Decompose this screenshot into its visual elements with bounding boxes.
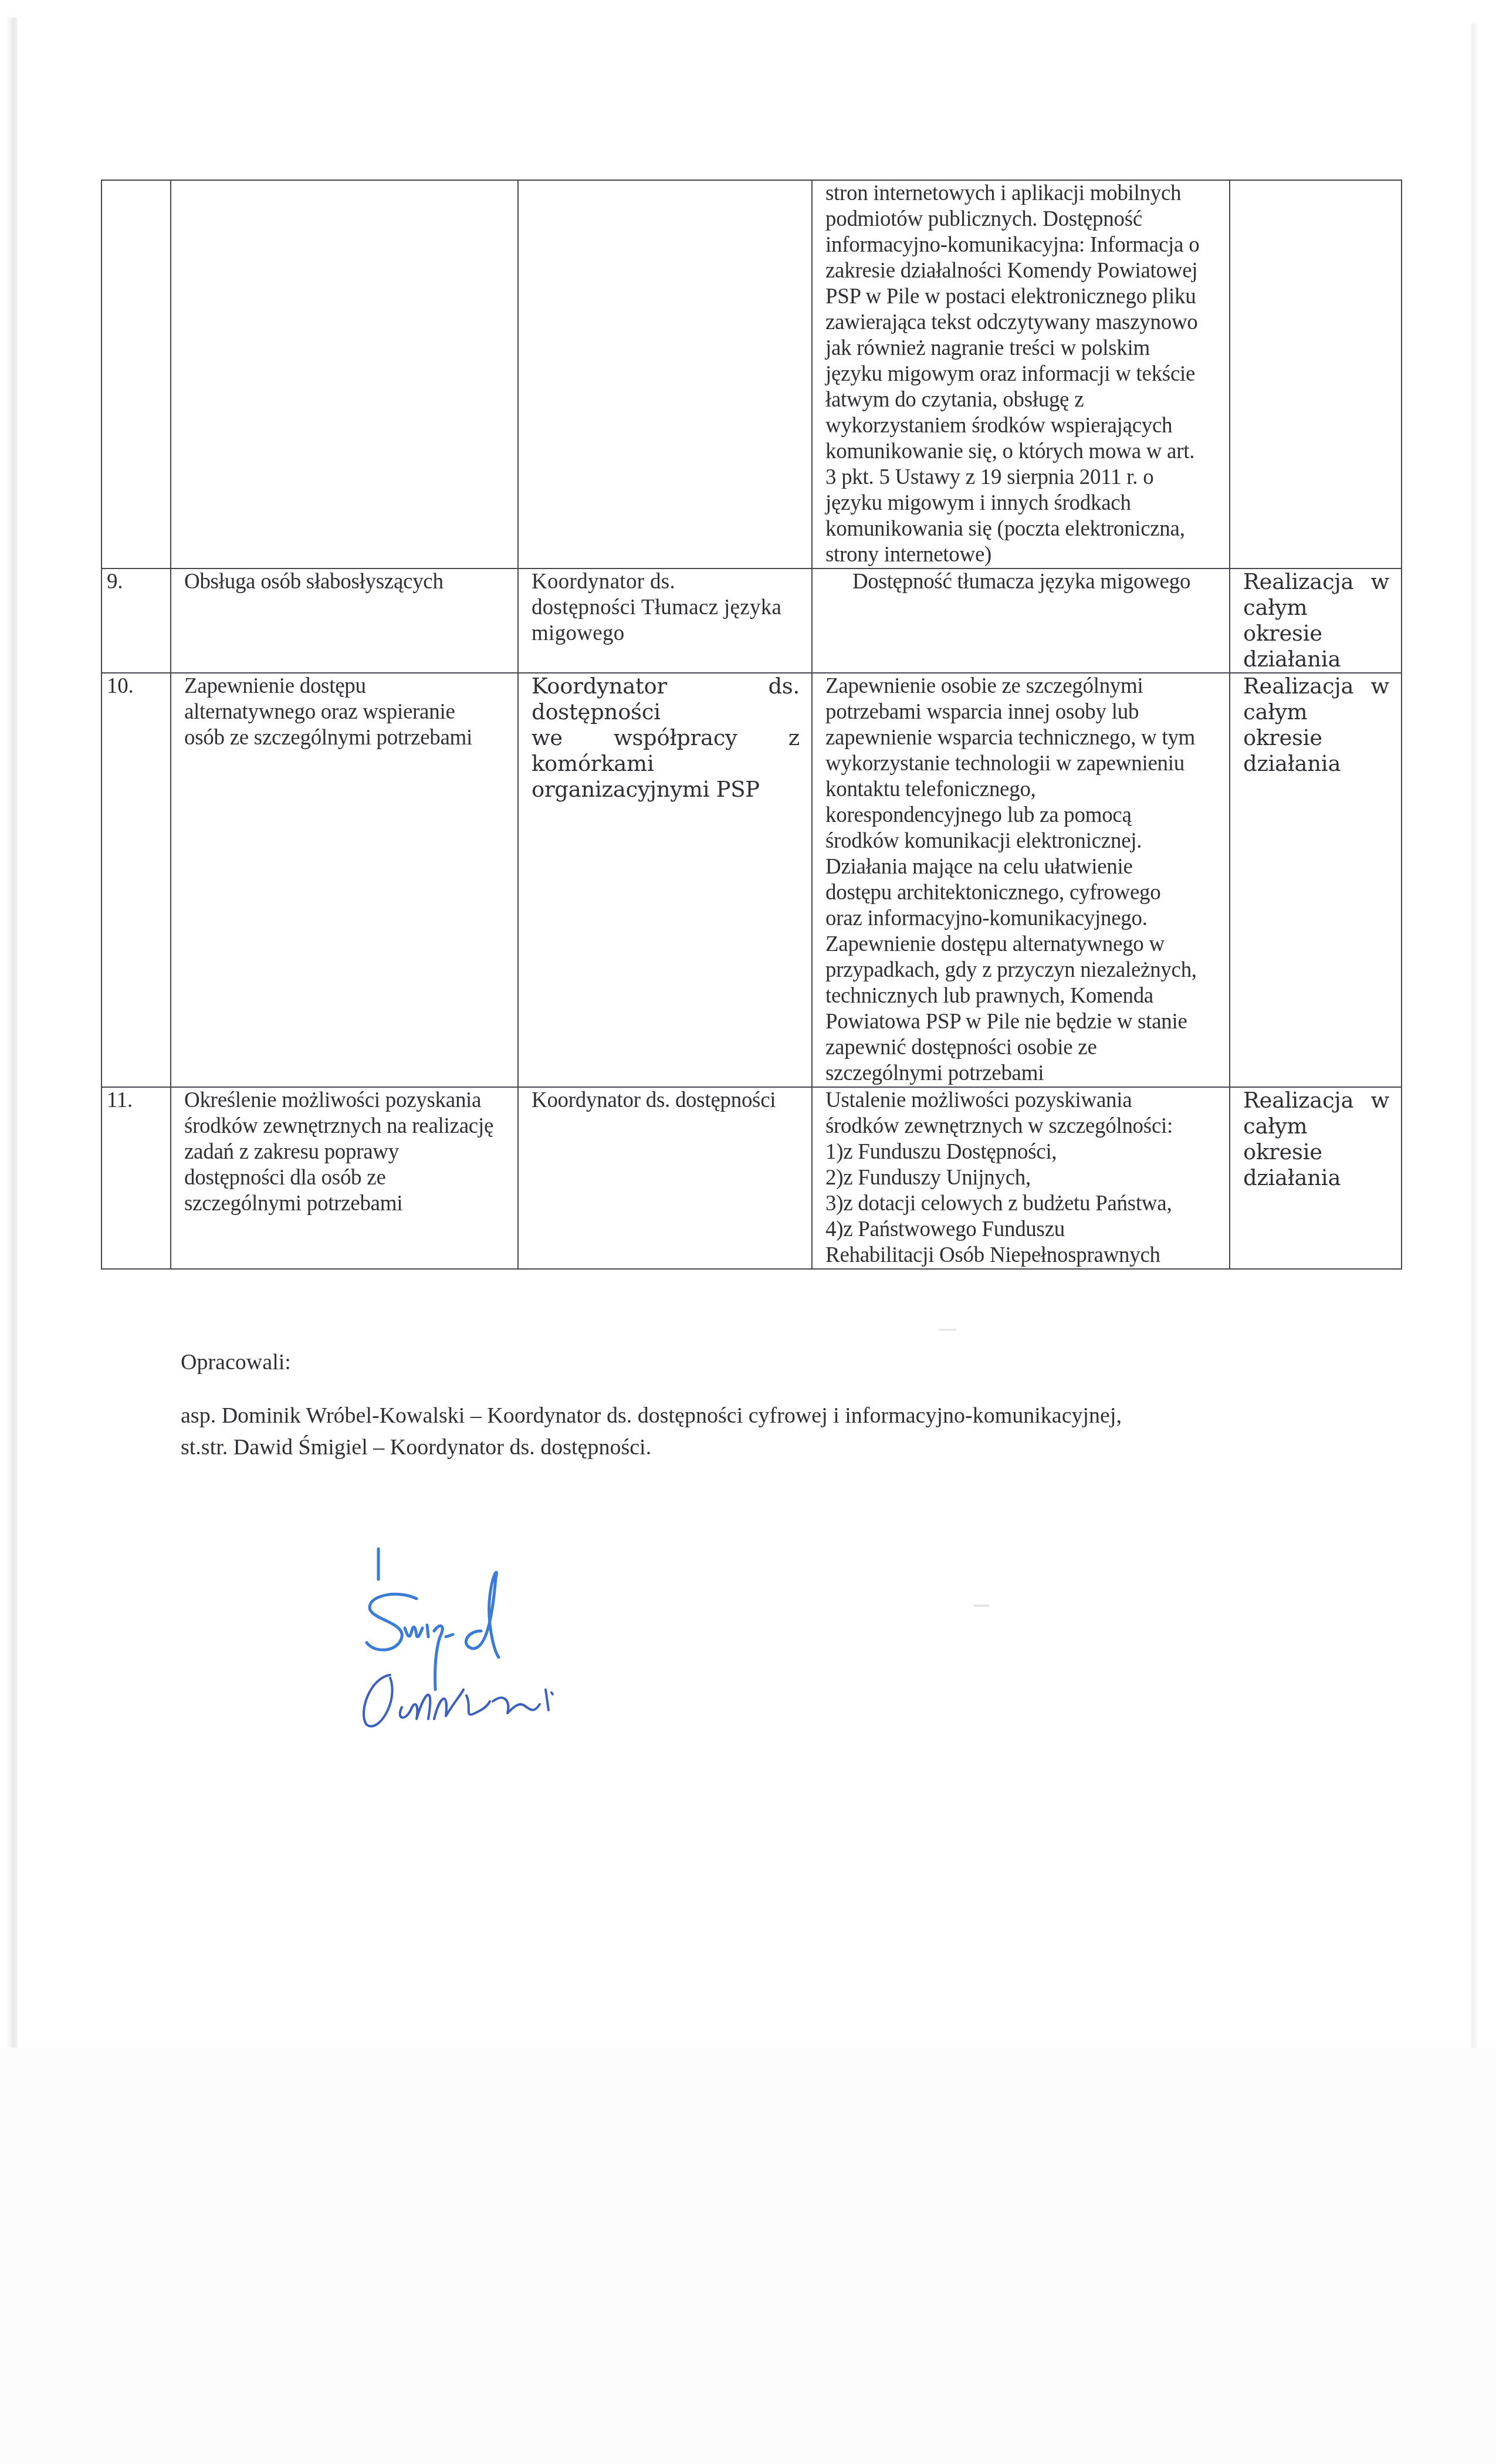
term-line: działania: [1243, 751, 1389, 777]
cell-number-text: 10.: [107, 674, 133, 698]
cell-description: Zapewnienie osobie ze szczególnymi potrz…: [812, 673, 1230, 1087]
cell-responsible: Koordynator ds. dostępności: [518, 1087, 812, 1269]
cell-description-text: Ustalenie możliwości pozyskiwania środkó…: [825, 1088, 1173, 1267]
handwritten-signature: [346, 1543, 593, 1742]
cell-task-text: Określenie możliwości pozyskania środków…: [184, 1088, 493, 1216]
table-row: stron internetowych i aplikacji mobilnyc…: [101, 180, 1402, 568]
cell-task: [171, 180, 518, 568]
prepared-by-authors: asp. Dominik Wróbel-Kowalski – Koordynat…: [181, 1400, 1122, 1463]
cell-responsible: [518, 180, 812, 568]
cell-term: [1230, 180, 1402, 568]
term-line: Realizacja w: [1243, 673, 1389, 699]
responsible-line: Koordynator ds. dostępności: [532, 673, 800, 725]
cell-responsible: Koordynator ds. dostępnościwe współpracy…: [518, 673, 812, 1087]
term-line: całym okresie: [1243, 1113, 1389, 1165]
prepared-by-label: Opracowali:: [181, 1349, 291, 1375]
cell-task-text: Zapewnienie dostępu alternatywnego oraz …: [184, 674, 472, 750]
scan-edge-right: [1471, 23, 1477, 2047]
cell-term: Realizacja wcałym okresiedziałania: [1230, 1087, 1402, 1269]
responsible-line: migowego: [532, 621, 800, 647]
cell-term: Realizacja wcałym okresiedziałania: [1230, 568, 1402, 673]
cell-description-text: Dostępność tłumacza języka migowego: [852, 570, 1190, 594]
scan-speck: [939, 1329, 956, 1331]
cell-number: 10.: [101, 673, 171, 1087]
term-line: całym okresie: [1243, 699, 1389, 751]
cell-task-text: Obsługa osób słabosłyszących: [184, 570, 444, 594]
responsible-line: Koordynator ds.: [532, 569, 800, 595]
table-row: 9.Obsługa osób słabosłyszącychKoordynato…: [101, 568, 1402, 673]
author-line: st.str. Dawid Śmigiel – Koordynator ds. …: [181, 1431, 1122, 1463]
term-line: działania: [1243, 647, 1389, 672]
cell-number-text: 11.: [107, 1088, 133, 1112]
cell-number: [101, 180, 171, 568]
cell-number: 9.: [101, 568, 171, 673]
responsible-line: organizacyjnymi PSP: [532, 777, 800, 803]
cell-task: Określenie możliwości pozyskania środków…: [171, 1087, 518, 1269]
table-row: 11.Określenie możliwości pozyskania środ…: [101, 1087, 1402, 1269]
term-line: całym okresie: [1243, 595, 1389, 647]
cell-description-text: stron internetowych i aplikacji mobilnyc…: [825, 181, 1199, 567]
cell-number: 11.: [101, 1087, 171, 1269]
cell-description-text: Zapewnienie osobie ze szczególnymi potrz…: [825, 674, 1197, 1085]
cell-description: stron internetowych i aplikacji mobilnyc…: [812, 180, 1230, 568]
scan-speck: [974, 1605, 989, 1607]
scanned-page: stron internetowych i aplikacji mobilnyc…: [0, 0, 1496, 2047]
term-line: Realizacja w: [1243, 1088, 1389, 1113]
term-line: Realizacja w: [1243, 569, 1389, 595]
cell-task: Zapewnienie dostępu alternatywnego oraz …: [171, 673, 518, 1087]
term-line: działania: [1243, 1165, 1389, 1191]
responsible-line: Koordynator ds. dostępności: [532, 1088, 800, 1113]
responsible-line: we współpracy z komórkami: [532, 725, 800, 777]
cell-description: Ustalenie możliwości pozyskiwania środkó…: [812, 1087, 1230, 1269]
cell-term: Realizacja wcałym okresiedziałania: [1230, 673, 1402, 1087]
author-line: asp. Dominik Wróbel-Kowalski – Koordynat…: [181, 1400, 1122, 1431]
scan-edge-left: [6, 18, 18, 2047]
cell-description: Dostępność tłumacza języka migowego: [812, 568, 1230, 673]
cell-number-text: 9.: [107, 570, 123, 594]
action-plan-table: stron internetowych i aplikacji mobilnyc…: [101, 180, 1402, 1270]
responsible-line: dostępności Tłumacz języka: [532, 595, 800, 621]
cell-task: Obsługa osób słabosłyszących: [171, 568, 518, 673]
cell-responsible: Koordynator ds.dostępności Tłumacz język…: [518, 568, 812, 673]
table-row: 10.Zapewnienie dostępu alternatywnego or…: [101, 673, 1402, 1087]
